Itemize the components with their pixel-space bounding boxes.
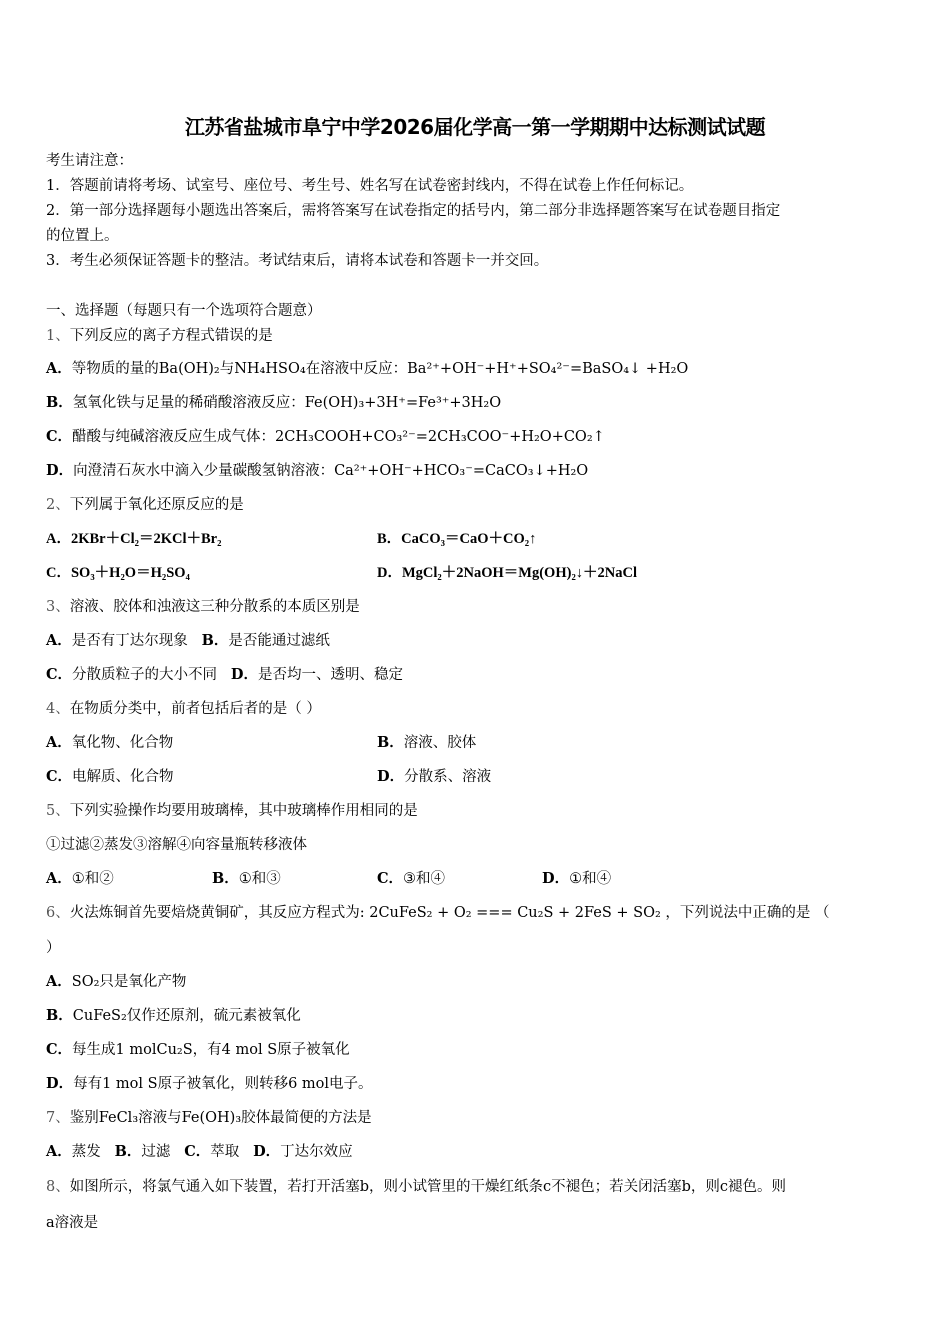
exam-page: 江苏省盐城市阜宁中学2026届化学高一第一学期期中达标测试试题 考生请注意： 1… [0, 0, 950, 1344]
q2-option-b: B．CaCO₃＝CaO＋CO₂↑ [377, 529, 536, 549]
q6-option-a: A．SO₂只是氧化产物 [46, 972, 186, 992]
option-text: 氢氧化铁与足量的稀硝酸溶液反应：Fe(OH)₃+3H⁺=Fe³⁺+3H₂O [73, 395, 501, 411]
question-4: 4、在物质分类中，前者包括后者的是（ ） [46, 699, 321, 719]
q6-stem-cont: ） [46, 938, 61, 958]
question-7: 7、鉴别FeCl₃溶液与Fe(OH)₃胶体最简便的方法是 [46, 1108, 372, 1128]
q6-option-c: C．每生成1 molCu₂S，有4 mol S原子被氧化 [46, 1040, 350, 1060]
q1-option-c: C．醋酸与纯碱溶液反应生成气体：2CH₃COOH+CO₃²⁻=2CH₃COO⁻+… [46, 427, 605, 447]
option-text: 等物质的量的Ba(OH)₂与NH₄HSO₄在溶液中反应：Ba²⁺+OH⁻+H⁺+… [72, 361, 689, 377]
question-6: 6、火法炼铜首先要焙烧黄铜矿，其反应方程式为: 2CuFeS₂ + O₂ ===… [46, 903, 830, 923]
option-text: 醋酸与纯碱溶液反应生成气体：2CH₃COOH+CO₃²⁻=2CH₃COO⁻+H₂… [72, 429, 605, 445]
q3-options-row-1: A．是否有丁达尔现象 B．是否能通过滤纸 [46, 631, 330, 651]
notice-heading: 考生请注意： [46, 151, 133, 171]
notice-item-1: 1．答题前请将考场、试室号、座位号、考生号、姓名写在试卷密封线内，不得在试卷上作… [46, 176, 693, 196]
option-text: 向澄清石灰水中滴入少量碳酸氢钠溶液：Ca²⁺+OH⁻+HCO₃⁻=CaCO₃↓+… [73, 463, 588, 479]
section-heading: 一、选择题（每题只有一个选项符合题意） [46, 301, 322, 321]
q6-option-b: B．CuFeS₂仅作还原剂，硫元素被氧化 [46, 1006, 301, 1026]
q5-extra: ①过滤②蒸发③溶解④向容量瓶转移液体 [46, 835, 307, 855]
q1-option-a: A．等物质的量的Ba(OH)₂与NH₄HSO₄在溶液中反应：Ba²⁺+OH⁻+H… [46, 359, 688, 379]
q1-option-d: D．向澄清石灰水中滴入少量碳酸氢钠溶液：Ca²⁺+OH⁻+HCO₃⁻=CaCO₃… [46, 461, 588, 481]
question-2: 2、下列属于氧化还原反应的是 [46, 495, 244, 515]
q2-option-d: D．MgCl₂＋2NaOH＝Mg(OH)₂↓＋2NaCl [377, 563, 637, 583]
q3-options-row-2: C．分散质粒子的大小不同 D．是否均一、透明、稳定 [46, 665, 403, 685]
question-8: 8、如图所示，将氯气通入如下装置，若打开活塞b，则小试管里的干燥红纸条c不褪色；… [46, 1177, 786, 1197]
q8-stem-cont: a溶液是 [46, 1213, 98, 1233]
question-5: 5、下列实验操作均要用玻璃棒，其中玻璃棒作用相同的是 [46, 801, 418, 821]
notice-item-2: 2．第一部分选择题每小题选出答案后，需将答案写在试卷指定的括号内，第二部分非选择… [46, 201, 780, 221]
question-3: 3、溶液、胶体和浊液这三种分散系的本质区别是 [46, 597, 360, 617]
question-number: 1、 [46, 328, 70, 344]
q2-option-a: A．2KBr＋Cl₂＝2KCl＋Br₂ [46, 529, 221, 549]
q2-option-c: C．SO₃＋H₂O＝H₂SO₄ [46, 563, 190, 583]
question-stem: 下列反应的离子方程式错误的是 [70, 328, 273, 344]
notice-item-3: 3．考生必须保证答题卡的整洁。考试结束后，请将本试卷和答题卡一并交回。 [46, 251, 548, 271]
notice-item-2-cont: 的位置上。 [46, 226, 119, 246]
page-title: 江苏省盐城市阜宁中学2026届化学高一第一学期期中达标测试试题 [0, 111, 950, 140]
question-1: 1、下列反应的离子方程式错误的是 [46, 326, 273, 346]
q6-option-d: D．每有1 mol S原子被氧化，则转移6 mol电子。 [46, 1074, 373, 1094]
q7-options-row: A．蒸发 B．过滤 C．萃取 D．丁达尔效应 [46, 1142, 353, 1162]
q1-option-b: B．氢氧化铁与足量的稀硝酸溶液反应：Fe(OH)₃+3H⁺=Fe³⁺+3H₂O [46, 393, 501, 413]
